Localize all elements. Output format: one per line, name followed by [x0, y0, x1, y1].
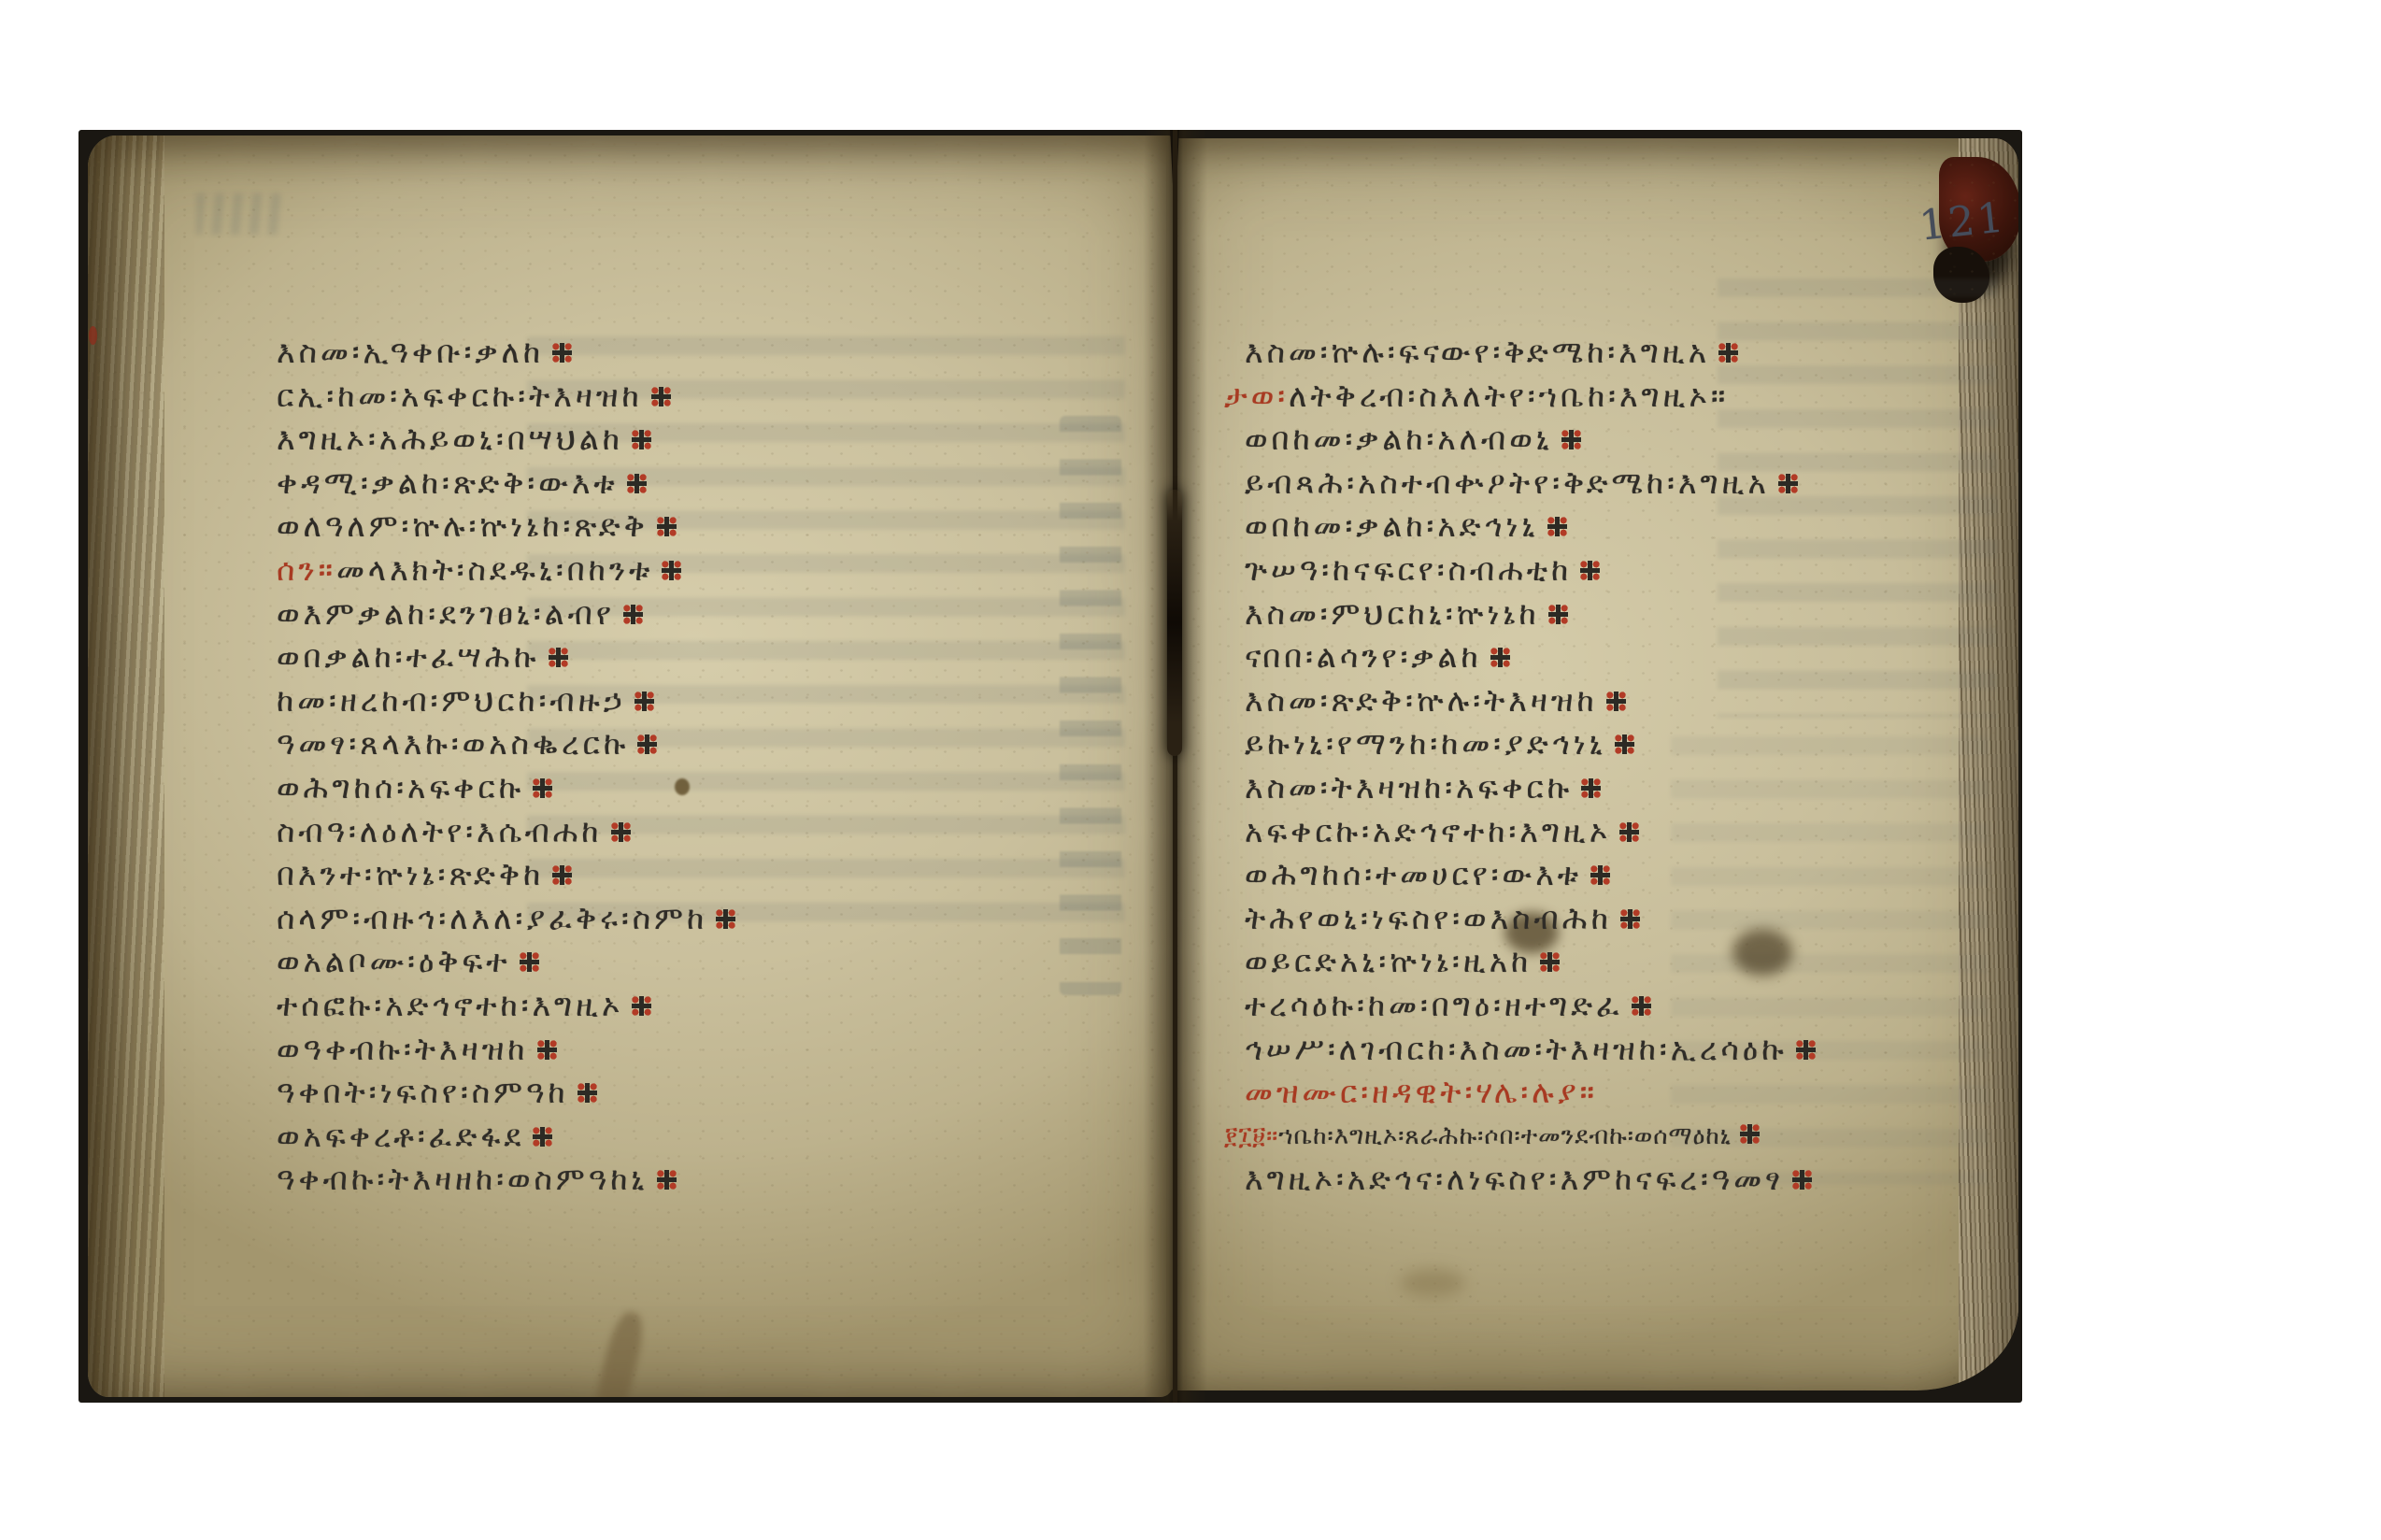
line-text: እስመ፡ምህርከኒ፡ኵነኔከ — [1245, 595, 1540, 632]
manuscript-line: ከመ፡ዘረከብ፡ምህርከ፡ብዙኃ፨ — [277, 679, 1164, 723]
section-cross-mark-icon: ፨ — [1792, 1170, 1812, 1190]
left-page-text-block: እስመ፡ኢዓቀቡ፡ቃለከ፨ርኢ፡ከመ፡አፍቀርኩ፡ትእዛዝከ፨እግዚኦ፡አሕይወ… — [277, 331, 1164, 1202]
manuscript-line: ታወ፡ለትቅረብ፡ስእለትየ፡ኀቤከ፡እግዚኦ። — [1224, 375, 2018, 419]
section-cross-mark-icon: ፨ — [637, 734, 657, 754]
section-cross-mark-icon: ፨ — [1632, 996, 1651, 1016]
section-cross-mark-icon: ፨ — [623, 605, 643, 624]
line-text: ወሕግከሰ፡አፍቀርኩ — [277, 769, 524, 806]
manuscript-line: ወበቃልከ፡ተፈሣሕኩ፨ — [277, 635, 1164, 679]
line-text: እስመ፡ትእዛዝከ፡አፍቀርኩ — [1245, 769, 1573, 806]
manuscript-line: ናበበ፡ልሳንየ፡ቃልከ፨ — [1245, 635, 2018, 679]
line-text: አፍቀርኩ፡አድኅኖተከ፡እግዚኦ — [1245, 813, 1611, 849]
line-text: እስመ፡ጽድቅ፡ኵሉ፡ትእዛዝከ — [1245, 682, 1598, 719]
line-text: ትሕየወኒ፡ነፍስየ፡ወእስብሕከ — [1245, 900, 1612, 936]
manuscript-line: ተረሳዕኩ፡ከመ፡በግዕ፡ዘተግድፈ፨ — [1245, 984, 2018, 1028]
section-cross-mark-icon: ፨ — [632, 996, 651, 1016]
section-cross-mark-icon: ፨ — [1547, 517, 1567, 536]
manuscript-line: ዓመፃ፡ጸላእኩ፡ወአስቈረርኩ፨ — [277, 722, 1164, 766]
section-cross-mark-icon: ፨ — [1561, 430, 1581, 449]
line-text: እስመ፡ኢዓቀቡ፡ቃለከ — [277, 334, 544, 370]
line-text: ወበከመ፡ቃልከ፡አድኅነኒ — [1245, 507, 1539, 544]
manuscript-line: እስመ፡ኵሉ፡ፍናውየ፡ቅድሜከ፡እግዚአ፨ — [1245, 331, 2018, 375]
rubric-red-text: ፻፲፱። — [1224, 1122, 1278, 1150]
line-text: ወአልቦሙ፡ዕቅፍተ — [277, 943, 511, 979]
line-text: ቀዳሚ፡ቃልከ፡ጽድቅ፡ውእቱ — [277, 464, 619, 501]
line-text: ወለዓለም፡ኵሉ፡ኵነኔከ፡ጽድቅ — [277, 507, 649, 544]
manuscript-line: እግዚኦ፡አድኅና፡ለነፍስየ፡እምከናፍረ፡ዓመፃ፨ — [1245, 1158, 2018, 1202]
manuscript-line: ሰን።መላእክት፡ስደዱኒ፡በከንቱ፨ — [277, 549, 1164, 592]
line-text: ወይርድአኒ፡ኵነኔ፡ዚአከ — [1245, 943, 1532, 979]
section-cross-mark-icon: ፨ — [1778, 474, 1798, 493]
manuscript-line: ወበከመ፡ቃልከ፡አድኅነኒ፨ — [1245, 505, 2018, 549]
manuscript-line: እስመ፡ትእዛዝከ፡አፍቀርኩ፨ — [1245, 766, 2018, 810]
rubric-red-text: መዝሙር፡ዘዳዊት፡ሃሌ፡ሉያ። — [1245, 1074, 1598, 1110]
manuscript-line: ወእምቃልከ፡ደንገፀኒ፡ልብየ፨ — [277, 592, 1164, 636]
manuscript-line: እስመ፡ጽድቅ፡ኵሉ፡ትእዛዝከ፨ — [1245, 679, 2018, 723]
left-page: እስመ፡ኢዓቀቡ፡ቃለከ፨ርኢ፡ከመ፡አፍቀርኩ፡ትእዛዝከ፨እግዚኦ፡አሕይወ… — [88, 135, 1174, 1397]
manuscript-line: ወሕግከሰ፡ተመሀርየ፡ውእቱ፨ — [1245, 853, 2018, 897]
section-cross-mark-icon: ፨ — [1580, 561, 1600, 580]
manuscript-line: አፍቀርኩ፡አድኅኖተከ፡እግዚኦ፨ — [1245, 810, 2018, 854]
manuscript-line: ወይርድአኒ፡ኵነኔ፡ዚአከ፨ — [1245, 940, 2018, 984]
manuscript-line: እስመ፡ምህርከኒ፡ኵነኔከ፨ — [1245, 592, 2018, 636]
section-cross-mark-icon: ፨ — [634, 692, 654, 711]
line-text: ይኩነኒ፡የማንከ፡ከመ፡ያድኅነኒ — [1245, 725, 1606, 762]
manuscript-line: ፻፲፱።ኀቤከ፡እግዚኦ፡ጸራሕኩ፡ሶበ፡ተመንደብኩ፡ወሰማዕከኒ፨ — [1224, 1115, 2018, 1159]
line-text: ስብዓ፡ለዕለትየ፡እሴብሐከ — [277, 813, 603, 849]
line-text: ዓመፃ፡ጸላእኩ፡ወአስቈረርኩ — [277, 725, 629, 762]
manuscript-line: ስብዓ፡ለዕለትየ፡እሴብሐከ፨ — [277, 810, 1164, 854]
ghost-page-number-bleedthrough — [196, 193, 286, 235]
section-cross-mark-icon: ፨ — [657, 517, 677, 536]
manuscript-line: ወሕግከሰ፡አፍቀርኩ፨ — [277, 766, 1164, 810]
faint-stain — [1400, 1269, 1465, 1297]
line-text: ጕሠዓ፡ከናፍርየ፡ስብሐቲከ — [1245, 551, 1572, 588]
section-cross-mark-icon: ፨ — [1490, 648, 1510, 667]
line-text: በእንተ፡ኵነኔ፡ጽድቅከ — [277, 856, 544, 892]
section-cross-mark-icon: ፨ — [520, 952, 539, 972]
section-cross-mark-icon: ፨ — [1796, 1040, 1816, 1060]
section-cross-mark-icon: ፨ — [1619, 822, 1639, 842]
section-cross-mark-icon: ፨ — [533, 1127, 552, 1147]
right-page: 121 እስመ፡ኵሉ፡ፍናውየ፡ቅድሜከ፡እግዚአ፨ታወ፡ለትቅረብ፡ስእለትየ… — [1166, 138, 2018, 1390]
section-cross-mark-icon: ፨ — [533, 778, 552, 798]
line-text: ወአፍቀረቶ፡ፈድፋደ — [277, 1118, 524, 1154]
line-text: ናበበ፡ልሳንየ፡ቃልከ — [1245, 638, 1482, 675]
line-text: ወበከመ፡ቃልከ፡አለብወኒ — [1245, 421, 1553, 457]
section-cross-mark-icon: ፨ — [549, 648, 568, 667]
line-text: ዓቀበት፡ነፍስየ፡ስምዓከ — [277, 1074, 569, 1110]
section-cross-mark-icon: ፨ — [1590, 865, 1610, 885]
manuscript-line: እስመ፡ኢዓቀቡ፡ቃለከ፨ — [277, 331, 1164, 375]
manuscript-line: ትሕየወኒ፡ነፍስየ፡ወእስብሕከ፨ — [1245, 897, 2018, 941]
rubric-red-text: ታወ፡ — [1224, 378, 1289, 414]
manuscript-line: ወዓቀብኩ፡ትእዛዝከ፨ — [277, 1028, 1164, 1072]
manuscript-scan-screenshot: እስመ፡ኢዓቀቡ፡ቃለከ፨ርኢ፡ከመ፡አፍቀርኩ፡ትእዛዝከ፨እግዚኦ፡አሕይወ… — [0, 0, 2381, 1540]
manuscript-line: ጕሠዓ፡ከናፍርየ፡ስብሐቲከ፨ — [1245, 549, 2018, 592]
manuscript-line: ሰላም፡ብዙኅ፡ለእለ፡ያፈቅሩ፡ስምከ፨ — [277, 897, 1164, 941]
smudge-stain — [591, 1309, 649, 1397]
manuscript-line: ዓቀብኩ፡ትእዛዘከ፡ወስምዓከኒ፨ — [277, 1158, 1164, 1202]
section-cross-mark-icon: ፨ — [1606, 692, 1626, 711]
section-cross-mark-icon: ፨ — [537, 1040, 557, 1060]
section-cross-mark-icon: ፨ — [651, 387, 671, 406]
section-cross-mark-icon: ፨ — [577, 1083, 597, 1103]
manuscript-line: ኅሠሥ፡ለገብርከ፡እስመ፡ትእዛዝከ፡ኢረሳዕኩ፨ — [1245, 1028, 2018, 1072]
section-cross-mark-icon: ፨ — [716, 909, 735, 929]
line-text: ኀቤከ፡እግዚኦ፡ጸራሕኩ፡ሶበ፡ተመንደብኩ፡ወሰማዕከኒ — [1278, 1122, 1732, 1150]
section-cross-mark-icon: ፨ — [662, 561, 681, 580]
rubric-red-text: ሰን። — [277, 551, 336, 588]
line-text: እስመ፡ኵሉ፡ፍናውየ፡ቅድሜከ፡እግዚአ — [1245, 334, 1710, 370]
line-text: ዓቀብኩ፡ትእዛዘከ፡ወስምዓከኒ — [277, 1161, 649, 1197]
left-page-deckle-edge — [88, 135, 164, 1397]
line-text: ወእምቃልከ፡ደንገፀኒ፡ልብየ — [277, 595, 615, 632]
manuscript-line: በእንተ፡ኵነኔ፡ጽድቅከ፨ — [277, 853, 1164, 897]
line-text: ወሕግከሰ፡ተመሀርየ፡ውእቱ — [1245, 856, 1582, 892]
scan-dark-background: እስመ፡ኢዓቀቡ፡ቃለከ፨ርኢ፡ከመ፡አፍቀርኩ፡ትእዛዝከ፨እግዚኦ፡አሕይወ… — [78, 130, 2022, 1403]
right-page-text-block: እስመ፡ኵሉ፡ፍናውየ፡ቅድሜከ፡እግዚአ፨ታወ፡ለትቅረብ፡ስእለትየ፡ኀቤከ… — [1245, 331, 2018, 1202]
manuscript-line: ርኢ፡ከመ፡አፍቀርኩ፡ትእዛዝከ፨ — [277, 375, 1164, 419]
manuscript-line: መዝሙር፡ዘዳዊት፡ሃሌ፡ሉያ። — [1245, 1071, 2018, 1115]
section-cross-mark-icon: ፨ — [1540, 952, 1560, 972]
manuscript-line: ቀዳሚ፡ቃልከ፡ጽድቅ፡ውእቱ፨ — [277, 462, 1164, 506]
line-text: ተረሳዕኩ፡ከመ፡በግዕ፡ዘተግድፈ — [1245, 987, 1623, 1023]
line-text: ከመ፡ዘረከብ፡ምህርከ፡ብዙኃ — [277, 682, 626, 719]
section-cross-mark-icon: ፨ — [1620, 909, 1640, 929]
section-cross-mark-icon: ፨ — [1581, 778, 1601, 798]
line-text: ተሰፎኩ፡አድኅኖተከ፡እግዚኦ — [277, 987, 623, 1023]
line-text: ወዓቀብኩ፡ትእዛዝከ — [277, 1031, 529, 1067]
line-text: ርኢ፡ከመ፡አፍቀርኩ፡ትእዛዝከ — [277, 378, 643, 414]
manuscript-line: ይኩነኒ፡የማንከ፡ከመ፡ያድኅነኒ፨ — [1245, 722, 2018, 766]
manuscript-line: ወበከመ፡ቃልከ፡አለብወኒ፨ — [1245, 418, 2018, 462]
red-edge-fleck — [89, 326, 97, 345]
page-number: 121 — [1918, 193, 2009, 250]
line-text: ኅሠሥ፡ለገብርከ፡እስመ፡ትእዛዝከ፡ኢረሳዕኩ — [1245, 1031, 1788, 1067]
manuscript-line: እግዚኦ፡አሕይወኒ፡በሣህልከ፨ — [277, 418, 1164, 462]
section-cross-mark-icon: ፨ — [657, 1170, 677, 1190]
line-text: ለትቅረብ፡ስእለትየ፡ኀቤከ፡እግዚኦ። — [1289, 378, 1729, 414]
manuscript-line: ይብጻሕ፡አስተብቍዖትየ፡ቅድሜከ፡እግዚአ፨ — [1245, 462, 2018, 506]
line-text: እግዚኦ፡አድኅና፡ለነፍስየ፡እምከናፍረ፡ዓመፃ — [1245, 1161, 1784, 1197]
section-cross-mark-icon: ፨ — [552, 865, 572, 885]
section-cross-mark-icon: ፨ — [552, 343, 572, 363]
line-text: ሰላም፡ብዙኅ፡ለእለ፡ያፈቅሩ፡ስምከ — [277, 900, 707, 936]
section-cross-mark-icon: ፨ — [1615, 734, 1634, 754]
manuscript-line: ወለዓለም፡ኵሉ፡ኵነኔከ፡ጽድቅ፨ — [277, 505, 1164, 549]
line-text: መላእክት፡ስደዱኒ፡በከንቱ — [336, 551, 653, 588]
section-cross-mark-icon: ፨ — [1740, 1124, 1760, 1144]
manuscript-line: ተሰፎኩ፡አድኅኖተከ፡እግዚኦ፨ — [277, 984, 1164, 1028]
section-cross-mark-icon: ፨ — [632, 430, 651, 449]
line-text: እግዚኦ፡አሕይወኒ፡በሣህልከ — [277, 421, 623, 457]
line-text: ይብጻሕ፡አስተብቍዖትየ፡ቅድሜከ፡እግዚአ — [1245, 464, 1770, 501]
section-cross-mark-icon: ፨ — [1548, 605, 1568, 624]
manuscript-line: ዓቀበት፡ነፍስየ፡ስምዓከ፨ — [277, 1071, 1164, 1115]
line-text: ወበቃልከ፡ተፈሣሕኩ — [277, 638, 540, 675]
section-cross-mark-icon: ፨ — [1718, 343, 1738, 363]
manuscript-line: ወአፍቀረቶ፡ፈድፋደ፨ — [277, 1115, 1164, 1159]
section-cross-mark-icon: ፨ — [627, 474, 647, 493]
manuscript-line: ወአልቦሙ፡ዕቅፍተ፨ — [277, 940, 1164, 984]
section-cross-mark-icon: ፨ — [611, 822, 631, 842]
